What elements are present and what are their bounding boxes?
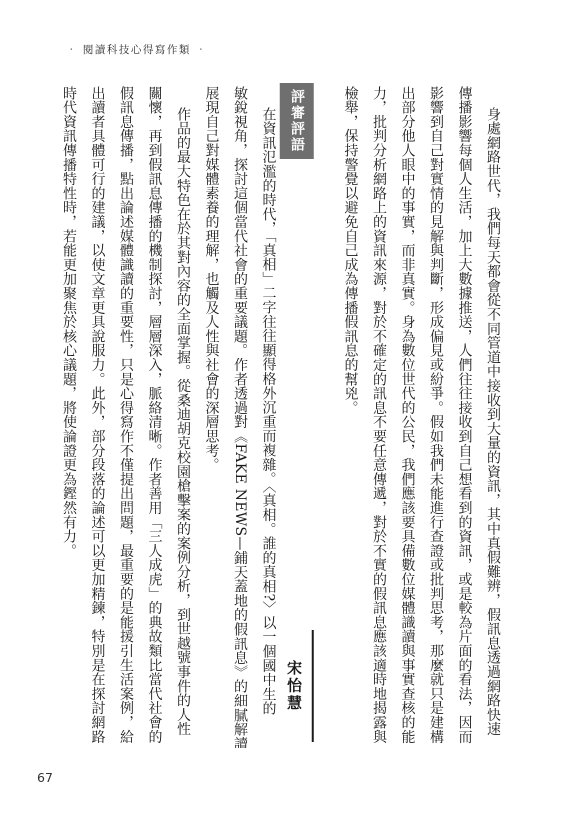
review-column: 假訊息傳播，點出論述媒體識讀的重要性，只是心得寫作不僅提出問題，最重要的是能援引… bbox=[112, 86, 141, 748]
essay-column: 檢舉，保持警覺以避免自己成為傳播假訊息的幫兇。 bbox=[336, 86, 365, 748]
signature-dash bbox=[312, 630, 314, 742]
reviewer-name: 宋怡慧 bbox=[280, 660, 309, 713]
book-page: ‧ 閱讀科技心得寫作類 ‧ 身處網路世代，我們每天都會從不同管道中接收到大量的資… bbox=[0, 0, 583, 827]
review-column: 敏銳視角，探討這個當代社會的重要議題。作者透過對《FAKE NEWS—鋪天蓋地的… bbox=[226, 86, 255, 748]
essay-column: 力，批判分析網路上的資訊來源，對於不確定的訊息不要任意傳遞，對於不實的假訊息應該… bbox=[365, 86, 394, 748]
review-column: 出讀者具體可行的建議，以使文章更具說服力。此外，部分段落的論述可以更加精鍊，特別… bbox=[83, 86, 112, 748]
section-title-badge: 評審評語 bbox=[280, 83, 315, 159]
section-title-column: 評審評語 宋怡慧 bbox=[283, 86, 312, 748]
essay-column: 出部分他人眼中的事實，而非真實。身為數位世代的公民，我們應該要具備數位媒體識讀與… bbox=[393, 86, 422, 748]
reviewer-signature: 宋怡慧 bbox=[280, 630, 315, 742]
review-column: 展現自己對媒體素養的理解，也觸及人性與社會的深層思考。 bbox=[197, 86, 226, 748]
vertical-text-columns: 身處網路世代，我們每天都會從不同管道中接收到大量的資訊，其中真假難辨，假訊息透過… bbox=[55, 86, 508, 748]
essay-column: 傳播影響每個人生活，加上大數據推送，人們往往接收到自己想看到的資訊，或是較為片面… bbox=[450, 86, 479, 748]
page-number: 67 bbox=[37, 770, 53, 785]
column-gap bbox=[311, 86, 336, 748]
review-column: 關懷，再到假訊息傳播的機制探討，層層深入，脈絡清晰。作者善用「三人成虎」的典故類… bbox=[140, 86, 169, 748]
essay-column: 身處網路世代，我們每天都會從不同管道中接收到大量的資訊，其中真假難辨，假訊息透過… bbox=[479, 86, 508, 748]
review-column: 時代資訊傳播特性時，若能更加聚焦於核心議題，將使論證更為鏗然有力。 bbox=[55, 86, 84, 748]
review-column: 在資訊氾濫的時代，「真相」二字往往顯得格外沉重而複雜。〈真相。誰的真相?〉以一個… bbox=[254, 86, 283, 748]
essay-column: 影響到自己對實情的見解與判斷，形成偏見或紛爭。假如我們未能進行查證或批判思考，那… bbox=[422, 86, 451, 748]
running-head: ‧ 閱讀科技心得寫作類 ‧ bbox=[66, 42, 208, 57]
review-column: 作品的最大特色在於其對內容的全面掌握。從桑迪胡克校園槍擊案的案例分析，到世越號事… bbox=[169, 86, 198, 748]
